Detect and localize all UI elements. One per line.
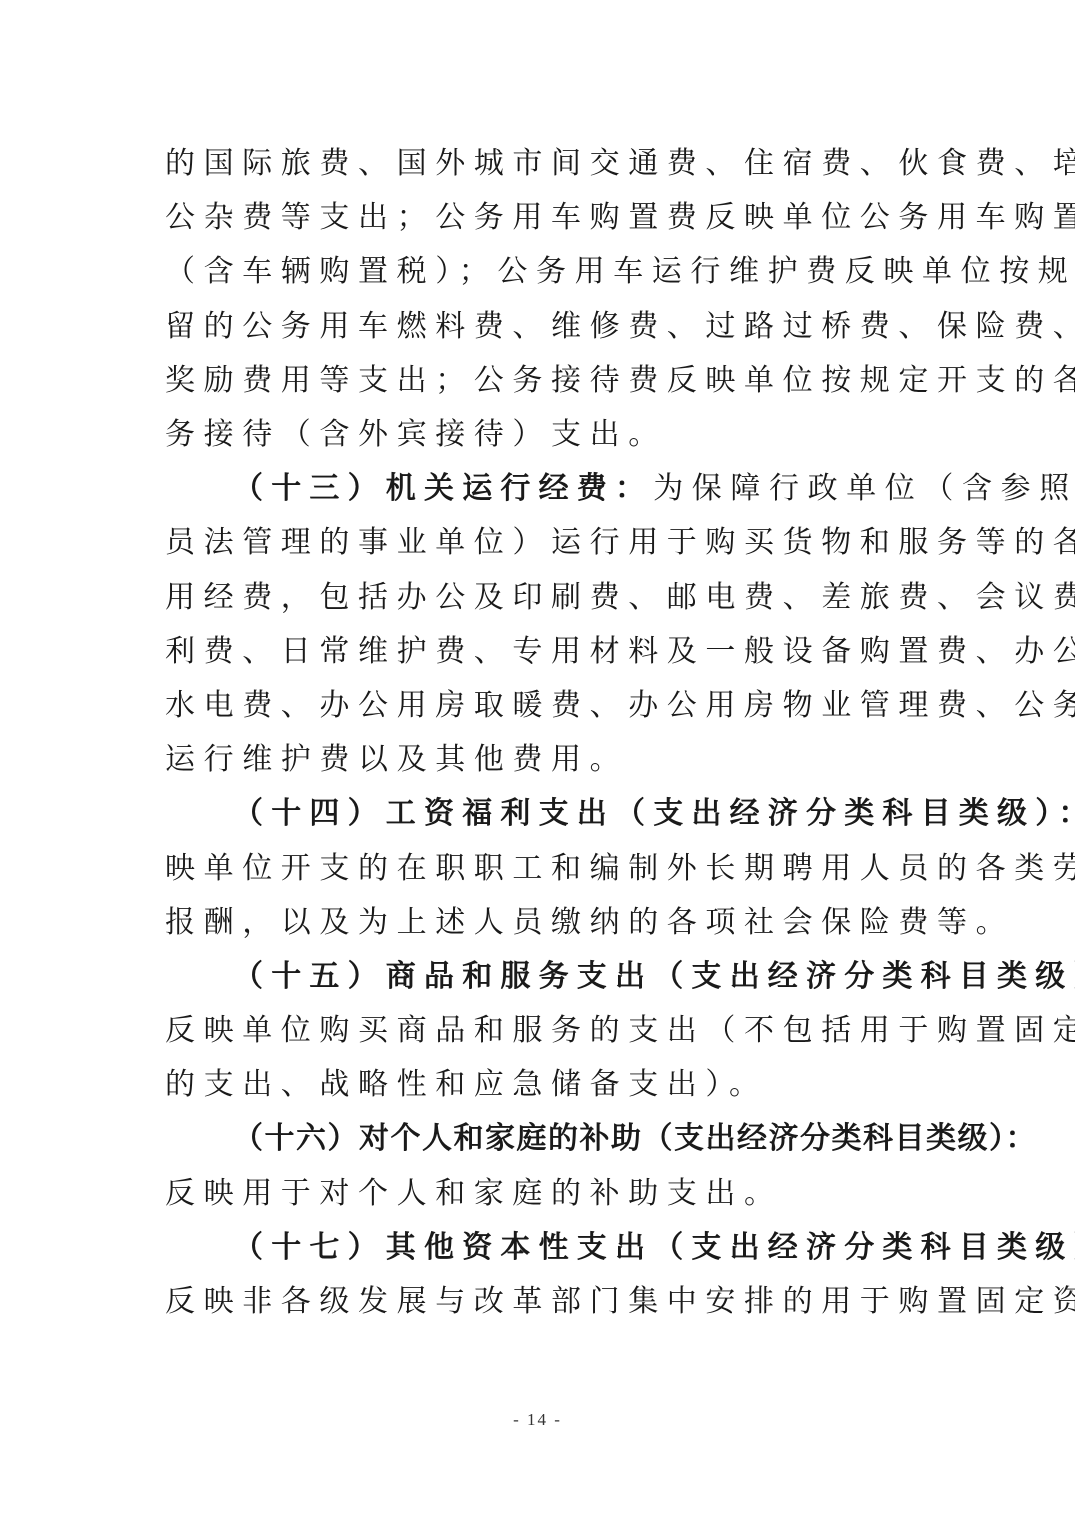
document-body: 的国际旅费、国外城市间交通费、住宿费、伙食费、培训费、 公杂费等支出；公务用车购… (165, 137, 925, 1329)
text-line: 公杂费等支出；公务用车购置费反映单位公务用车购置支出 (165, 191, 925, 245)
section-16-first-line: （十六）对个人和家庭的补助（支出经济分类科目类级）： (165, 1112, 925, 1166)
text-line: 务接待（含外宾接待）支出。 (165, 408, 925, 462)
text-line: 报酬，以及为上述人员缴纳的各项社会保险费等。 (165, 896, 925, 950)
text-line: 反映单位购买商品和服务的支出（不包括用于购置固定资产 (165, 1004, 925, 1058)
text-line: 利费、日常维护费、专用材料及一般设备购置费、办公用房 (165, 625, 925, 679)
text-line: 反映非各级发展与改革部门集中安排的用于购置固定资产、 (165, 1275, 925, 1329)
text-line: 留的公务用车燃料费、维修费、过路过桥费、保险费、安全 (165, 300, 925, 354)
document-page: 的国际旅费、国外城市间交通费、住宿费、伙食费、培训费、 公杂费等支出；公务用车购… (0, 0, 1075, 1520)
section-heading: （十五）商品和服务支出（支出经济分类科目类级）： (233, 950, 1075, 1004)
text-line: （含车辆购置税）；公务用车运行维护费反映单位按规定保 (165, 245, 925, 299)
page-number: - 14 - (0, 1410, 1075, 1430)
text-line: 的支出、战略性和应急储备支出）。 (165, 1058, 925, 1112)
section-heading: （十六）对个人和家庭的补助（支出经济分类科目类级）： (233, 1112, 1037, 1166)
text-line: 用经费，包括办公及印刷费、邮电费、差旅费、会议费、福 (165, 571, 925, 625)
section-15-first-line: （十五）商品和服务支出（支出经济分类科目类级）： (165, 950, 925, 1004)
text-line: 水电费、办公用房取暖费、办公用房物业管理费、公务用车 (165, 679, 925, 733)
section-heading: （十四）工资福利支出（支出经济分类科目类级）： (233, 787, 1075, 841)
section-14-first-line: （十四）工资福利支出（支出经济分类科目类级）：反 (165, 787, 925, 841)
text-line: 映单位开支的在职职工和编制外长期聘用人员的各类劳动 (165, 841, 925, 895)
text-line: 奖励费用等支出；公务接待费反映单位按规定开支的各类公 (165, 354, 925, 408)
text-line: 的国际旅费、国外城市间交通费、住宿费、伙食费、培训费、 (165, 137, 925, 191)
text-line: 反映用于对个人和家庭的补助支出。 (165, 1167, 925, 1221)
section-heading: （十七）其他资本性支出（支出经济分类科目类级）： (233, 1221, 1075, 1275)
section-17-first-line: （十七）其他资本性支出（支出经济分类科目类级）： (165, 1221, 925, 1275)
section-13-first-line: （十三）机关运行经费：为保障行政单位（含参照公务 (165, 462, 925, 516)
section-heading: （十三）机关运行经费： (233, 462, 653, 516)
section-text: 为保障行政单位（含参照公务 (653, 462, 1075, 516)
text-line: 运行维护费以及其他费用。 (165, 733, 925, 787)
text-line: 员法管理的事业单位）运行用于购买货物和服务等的各项公 (165, 516, 925, 570)
